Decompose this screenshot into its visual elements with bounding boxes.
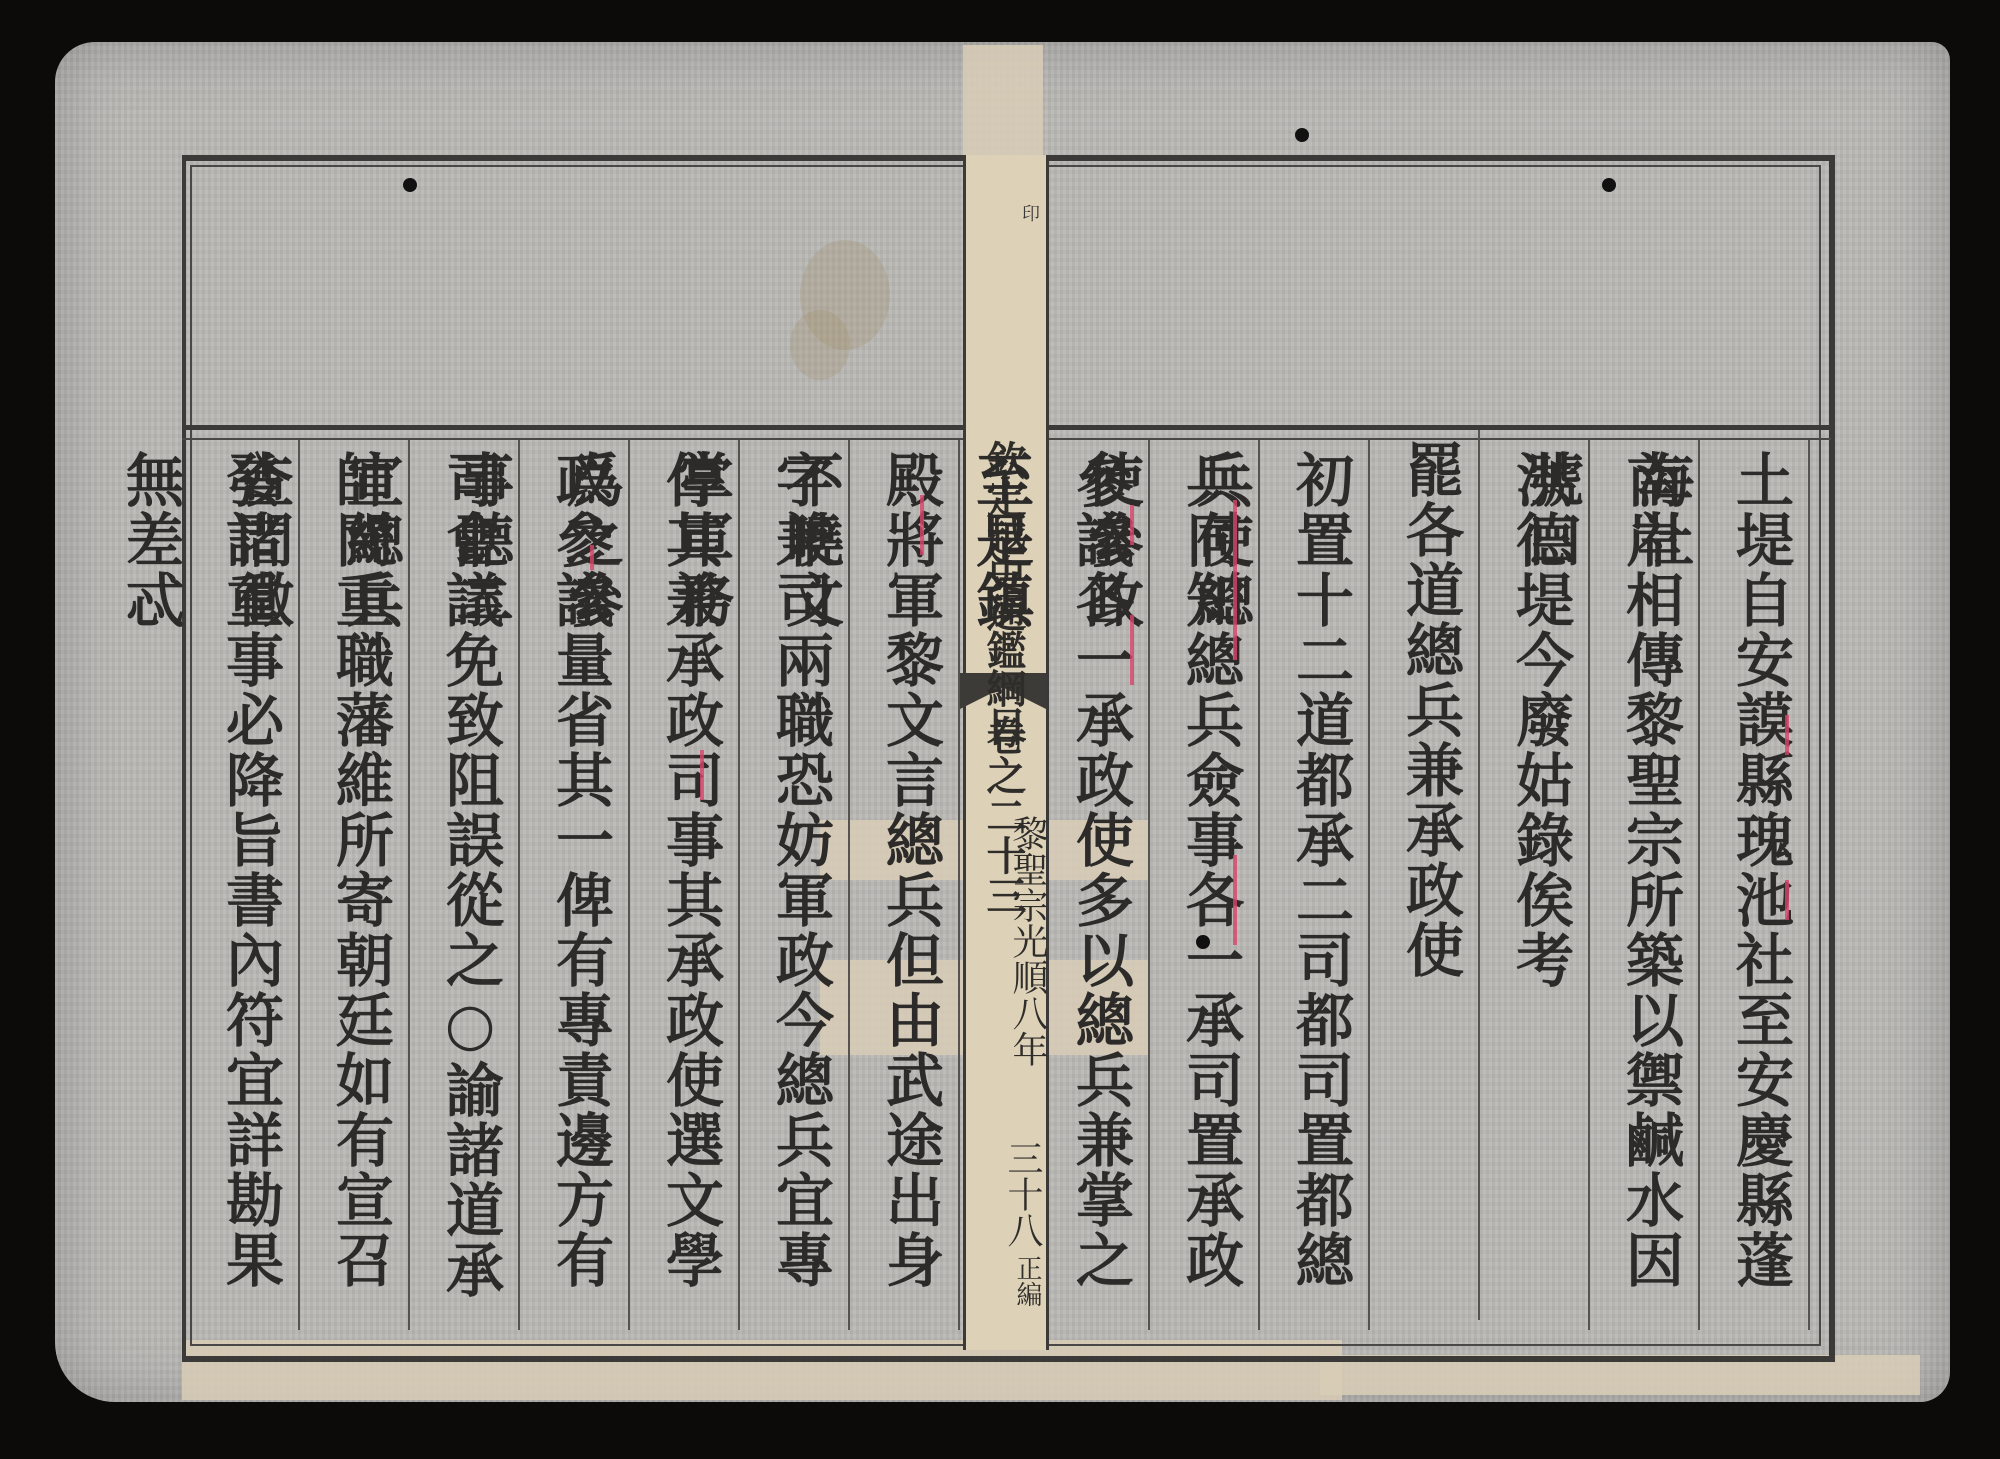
repair-strip-top [963,45,1043,160]
text-column-r6: 兵同知總兵僉事各一承司置承政使參政 [1160,440,1260,1330]
text-column-r5: 初置十二道都承二司都司置都總兵使總 [1270,440,1370,1330]
binding-hole [403,178,417,192]
red-annotation-mark [1785,880,1789,920]
column-text: 司會議免致阻誤從之○諭諸道承宣總兵 [420,450,520,1330]
red-annotation-mark [1233,500,1237,660]
text-column-l5: 司會議免致阻誤從之○諭諸道承宣總兵 [420,440,520,1330]
text-column-r2: 南岸相傳黎聖宗所築以禦鹹水因號曰 [1600,440,1700,1330]
reign-year: 黎聖宗光順八年 [1005,815,1049,1067]
red-annotation-mark [920,495,924,555]
red-annotation-mark [1130,505,1134,545]
text-column-l7: 發諸重事必降旨書內符宜詳勘果無差忒 [200,440,300,1330]
column-text: 字兼司兩職恐妨軍政今總兵宜專掌軍務 [750,450,850,1330]
column-text: 土堤自安謨縣瑰池社至安慶縣蓬海社 [1710,450,1810,1330]
edition-label: 正編 [1005,1255,1049,1307]
column-text: 兵同知總兵僉事各一承司置承政使參政 [1160,450,1260,1330]
column-text: 殿將軍黎文言總兵但由武途出身不曉文 [860,450,960,1330]
red-annotation-mark [1233,855,1237,945]
text-column-l3: 停其兼承政司事其承政使選文學爲之參 [640,440,740,1330]
column-text: 帥閫重職藩維所寄朝廷如有宣召查問徵 [310,450,410,1330]
red-annotation-mark [1130,615,1134,685]
text-column-r7: 參議各一承政使多以總兵兼掌之至是鎮 [1050,440,1150,1330]
column-text: 罷各道總兵兼承政使 [1380,440,1480,980]
page-number: 三十八 [1000,1140,1044,1248]
text-column-l2: 字兼司兩職恐妨軍政今總兵宜專掌軍務 [750,440,850,1330]
column-text: 洪德堤今廢姑錄俟考 [1490,450,1590,990]
red-annotation-mark [590,545,594,570]
column-text: 政參議量省其一俾有專責邊方有事聽二 [530,450,630,1330]
text-column-r4: 罷各道總兵兼承政使 [1380,430,1480,1320]
binding-hole [1295,128,1309,142]
red-annotation-mark [700,750,704,800]
column-text: 停其兼承政司事其承政使選文學爲之參 [640,450,740,1330]
text-column-l6: 帥閫重職藩維所寄朝廷如有宣召查問徵 [310,440,410,1330]
text-column-l1: 殿將軍黎文言總兵但由武途出身不曉文 [860,440,960,1330]
binding-hole [1602,178,1616,192]
column-text: 發諸重事必降旨書內符宜詳勘果無差忒 [200,450,300,1330]
text-column-r1: 土堤自安謨縣瑰池社至安慶縣蓬海社 [1710,440,1810,1330]
column-text: 參議各一承政使多以總兵兼掌之至是鎮 [1050,450,1150,1330]
text-column-r3: 洪德堤今廢姑錄俟考 [1490,440,1590,1330]
red-annotation-mark [1785,715,1789,755]
column-text: 南岸相傳黎聖宗所築以禦鹹水因號曰 [1600,450,1700,1330]
text-column-l4: 政參議量省其一俾有專責邊方有事聽二 [530,440,630,1330]
column-text: 初置十二道都承二司都司置都總兵使總 [1270,450,1370,1330]
seal-mark: 印 [1022,200,1040,226]
